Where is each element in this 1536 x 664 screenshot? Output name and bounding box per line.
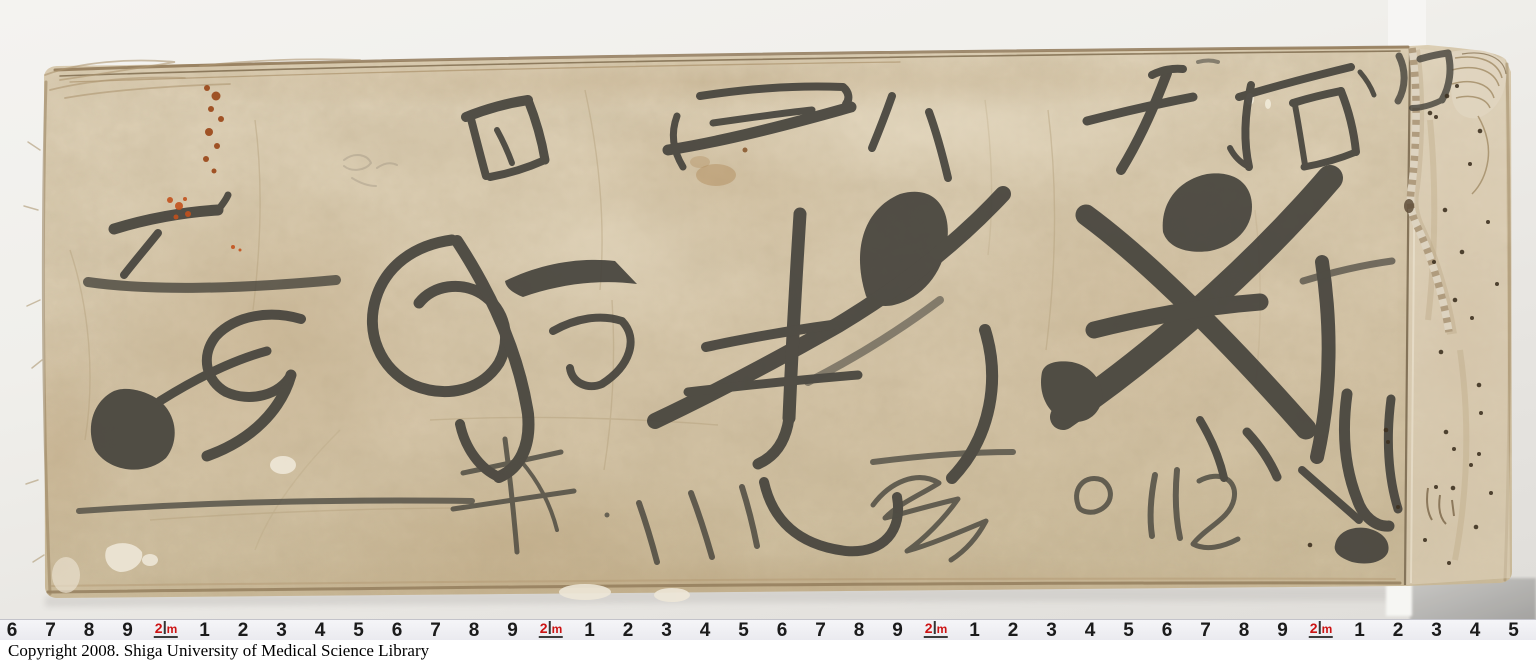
ruler-number: 4 bbox=[1470, 620, 1481, 641]
ruler-number: 2 bbox=[1008, 620, 1019, 641]
ruler-number: 6 bbox=[1162, 620, 1173, 641]
ruler-number: 8 bbox=[84, 620, 95, 641]
ruler: 67892m1234567892m1234567892m1234567892m1… bbox=[0, 619, 1536, 641]
ruler-number: 5 bbox=[353, 620, 364, 641]
ruler-number: 3 bbox=[1046, 620, 1057, 641]
ruler-number: 1 bbox=[1354, 620, 1365, 641]
copyright-bar: Copyright 2008. Shiga University of Medi… bbox=[0, 640, 1536, 664]
ruler-number: 8 bbox=[854, 620, 865, 641]
ruler-number: 1 bbox=[584, 620, 595, 641]
ruler-number: 1 bbox=[199, 620, 210, 641]
left-edge-hairs bbox=[24, 142, 44, 562]
ruler-number: 9 bbox=[122, 620, 133, 641]
backdrop-white-notch bbox=[1386, 582, 1412, 616]
ruler-meter-marker: 2m bbox=[1309, 621, 1333, 638]
ruler-number: 2 bbox=[623, 620, 634, 641]
ruler-number: 5 bbox=[1508, 620, 1519, 641]
ruler-number: 9 bbox=[1277, 620, 1288, 641]
ruler-number: 9 bbox=[507, 620, 518, 641]
ruler-number: 7 bbox=[430, 620, 441, 641]
ruler-number: 3 bbox=[661, 620, 672, 641]
ruler-number: 7 bbox=[45, 620, 56, 641]
ruler-number: 2 bbox=[238, 620, 249, 641]
ruler-number: 2 bbox=[1393, 620, 1404, 641]
digitized-manuscript-photo-page: 67892m1234567892m1234567892m1234567892m1… bbox=[0, 0, 1536, 664]
ruler-number: 5 bbox=[1123, 620, 1134, 641]
ruler-number: 4 bbox=[1085, 620, 1096, 641]
ruler-number: 8 bbox=[469, 620, 480, 641]
ruler-number: 8 bbox=[1239, 620, 1250, 641]
cord-hole bbox=[1404, 199, 1414, 213]
binding-area bbox=[1404, 48, 1510, 585]
ruler-number: 5 bbox=[738, 620, 749, 641]
ruler-number: 3 bbox=[1431, 620, 1442, 641]
ruler-number: 4 bbox=[315, 620, 326, 641]
manuscript-photograph bbox=[0, 0, 1536, 664]
ruler-number: 4 bbox=[700, 620, 711, 641]
ruler-number: 6 bbox=[7, 620, 18, 641]
ruler-number: 6 bbox=[392, 620, 403, 641]
ruler-meter-marker: 2m bbox=[539, 621, 563, 638]
ruler-number: 9 bbox=[892, 620, 903, 641]
ruler-number: 6 bbox=[777, 620, 788, 641]
ruler-number: 7 bbox=[1200, 620, 1211, 641]
ruler-number: 3 bbox=[276, 620, 287, 641]
ruler-number: 1 bbox=[969, 620, 980, 641]
ruler-meter-marker: 2m bbox=[924, 621, 948, 638]
ruler-number: 7 bbox=[815, 620, 826, 641]
copyright-text: Copyright 2008. Shiga University of Medi… bbox=[8, 641, 429, 661]
ruler-meter-marker: 2m bbox=[154, 621, 178, 638]
